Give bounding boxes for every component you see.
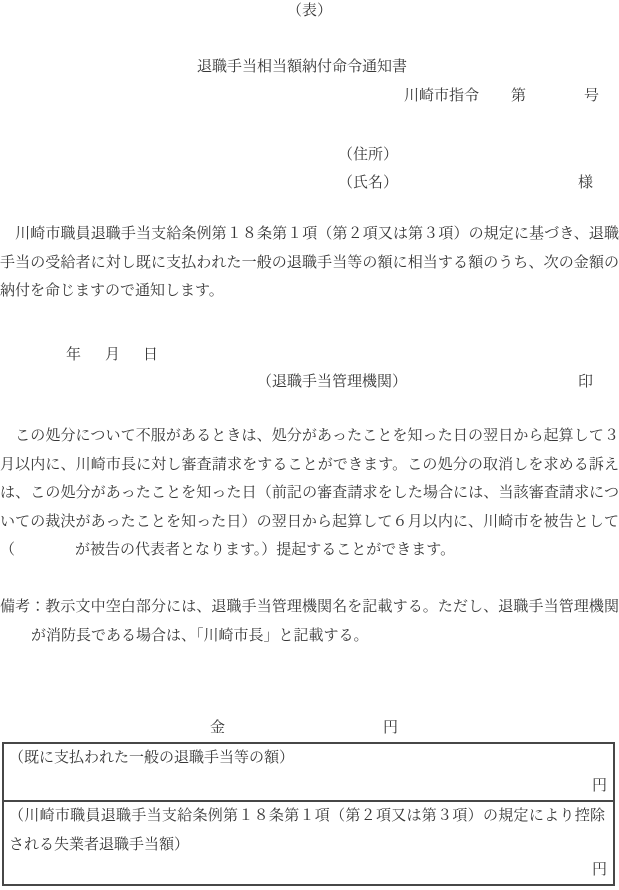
payment-table: （既に支払われた一般の退職手当等の額） 円 （川崎市職員退職手当支給条例第１８条… (2, 742, 615, 886)
month-label: 月 (105, 347, 120, 363)
side-label: （表） (0, 3, 619, 19)
document-page: （表） 退職手当相当額納付命令通知書 川崎市指令 第 号 （住所） （氏名） 様… (0, 0, 619, 890)
table-row: （既に支払われた一般の退職手当等の額） 円 (4, 744, 613, 800)
remarks-note: 備考：教示文中空白部分には、退職手当管理機関名を記載する。ただし、退職手当管理機… (0, 593, 619, 650)
authority-label: （退職手当管理機関） (257, 374, 407, 390)
directive-number-prefix: 第 (511, 88, 526, 104)
directive-number-suffix: 号 (584, 88, 599, 104)
row-unit: 円 (592, 856, 607, 885)
honorific-sama: 様 (578, 175, 593, 191)
amount-yen-label: 円 (383, 720, 398, 736)
notice-paragraph: 川崎市職員退職手当支給条例第１８条第１項（第２項又は第３項）の規定に基づき、退職… (0, 220, 619, 306)
table-row: （川崎市職員退職手当支給条例第１８条第１項（第２項又は第３項）の規定により控除さ… (4, 800, 613, 884)
amount-kin-label: 金 (210, 720, 225, 736)
directive-issuer: 川崎市指令 (404, 88, 479, 104)
row-label: （川崎市職員退職手当支給条例第１８条第１項（第２項又は第３項）の規定により控除さ… (4, 802, 613, 859)
appeal-paragraph: この処分について不服があるときは、処分があったことを知った日の翌日から起算して３… (0, 422, 619, 565)
row-unit: 円 (592, 772, 607, 801)
page-title: 退職手当相当額納付命令通知書 (197, 59, 407, 75)
name-label: （氏名） (338, 175, 398, 191)
day-label: 日 (143, 347, 158, 363)
address-label: （住所） (338, 147, 398, 163)
year-label: 年 (66, 347, 81, 363)
row-label: （既に支払われた一般の退職手当等の額） (4, 744, 613, 773)
seal-mark: 印 (578, 374, 593, 390)
